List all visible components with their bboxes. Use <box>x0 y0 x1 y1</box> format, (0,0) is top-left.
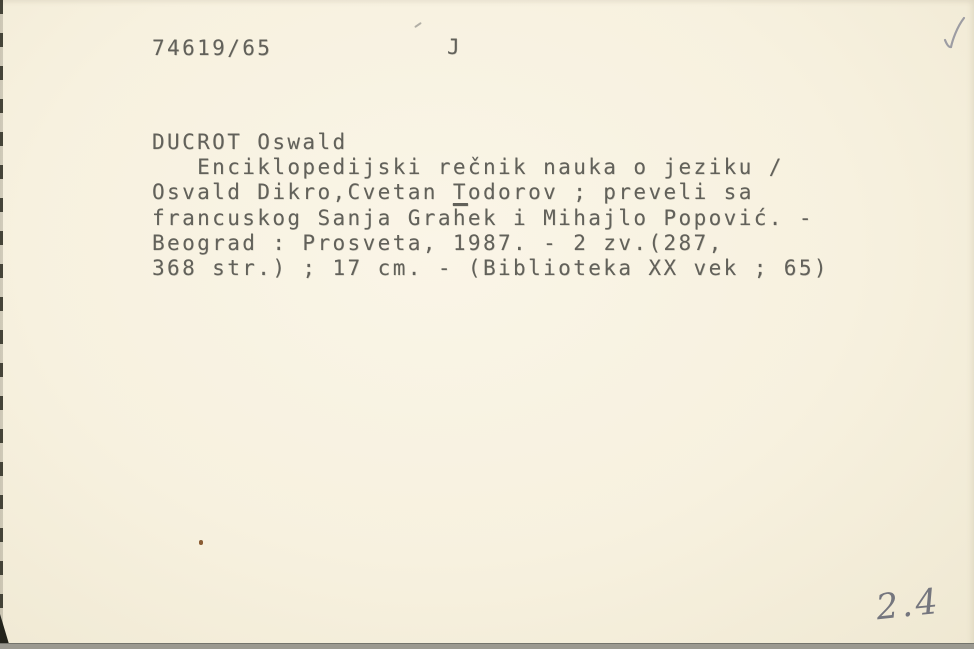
scan-scratch-mark <box>414 22 422 28</box>
catalog-line: Osvald Dikro,Cvetan Todorov ; preveli sa <box>152 180 829 205</box>
catalog-line: 368 str.) ; 17 cm. - (Biblioteka XX vek … <box>152 256 829 281</box>
scan-left-edge <box>0 0 3 649</box>
catalog-entry-text: DUCROT Oswald Enciklopedijski rečnik nau… <box>152 130 829 281</box>
catalog-line: francuskog Sanja Grahek i Mihajlo Popovi… <box>152 206 829 231</box>
catalog-line: Beograd : Prosveta, 1987. - 2 zv.(287, <box>152 231 829 256</box>
catalog-line: DUCROT Oswald <box>152 130 829 155</box>
checkmark-icon <box>942 15 968 55</box>
pencil-annotation: 2.4 <box>874 582 942 629</box>
section-letter: J <box>447 35 462 60</box>
catalog-card-scan: 74619/65 J DUCROT Oswald Enciklopedijski… <box>0 0 974 649</box>
scan-left-corner-shadow <box>0 614 9 644</box>
catalog-line: Enciklopedijski rečnik nauka o jeziku / <box>152 155 829 180</box>
ink-speck <box>199 540 203 545</box>
call-number: 74619/65 <box>152 36 272 61</box>
scan-bottom-edge <box>0 643 974 649</box>
